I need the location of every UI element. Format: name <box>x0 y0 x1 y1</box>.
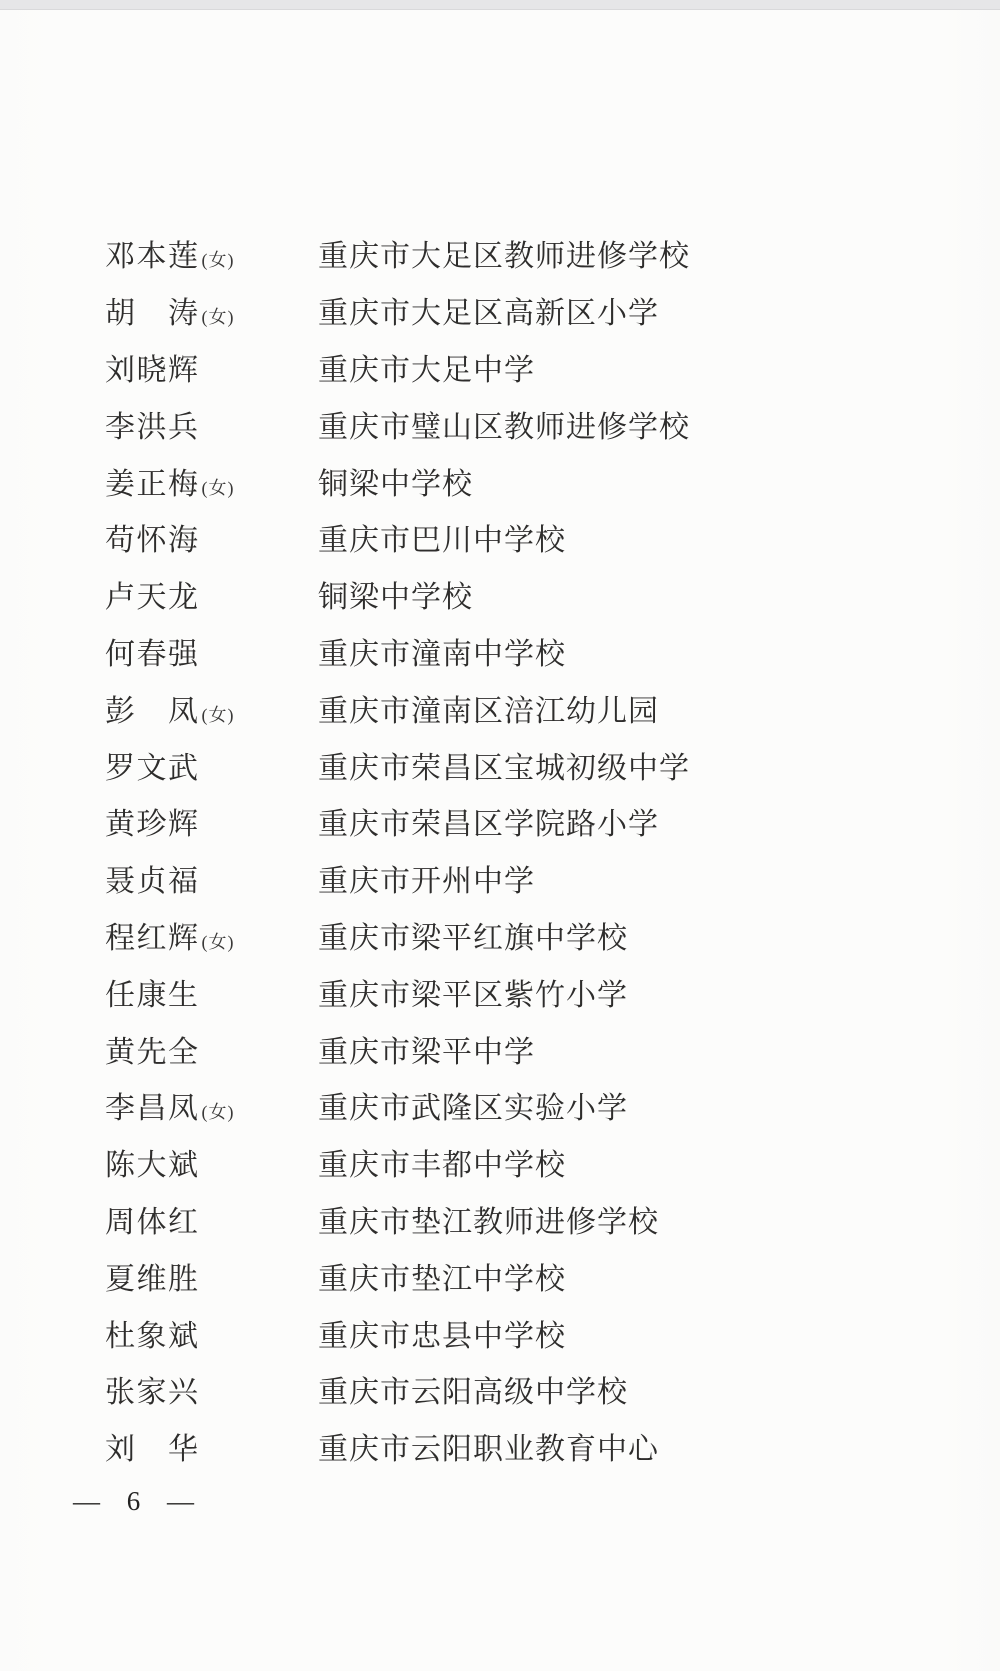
gender-suffix: (女) <box>202 1102 235 1122</box>
person-name: 陈大斌 <box>105 1140 318 1184</box>
gender-suffix: (女) <box>202 932 235 952</box>
page-number: — 6 — <box>73 1486 204 1517</box>
person-name: 杜象斌 <box>105 1311 318 1355</box>
list-item: 李洪兵 重庆市璧山区教师进修学校 <box>105 395 950 452</box>
gender-suffix: (女) <box>202 705 235 725</box>
school-name: 重庆市荣昌区宝城初级中学 <box>318 743 690 787</box>
school-name: 重庆市垫江中学校 <box>318 1254 566 1298</box>
school-name: 重庆市云阳职业教育中心 <box>318 1424 659 1468</box>
list-item: 陈大斌 重庆市丰都中学校 <box>105 1134 950 1191</box>
list-item: 夏维胜 重庆市垫江中学校 <box>105 1247 950 1304</box>
person-name: 张家兴 <box>105 1367 318 1411</box>
school-name: 重庆市荣昌区学院路小学 <box>318 799 659 843</box>
person-name: 何春强 <box>105 629 318 673</box>
list-item: 苟怀海 重庆市巴川中学校 <box>105 509 950 566</box>
person-name: 罗文武 <box>105 743 318 787</box>
school-name: 重庆市云阳高级中学校 <box>318 1367 628 1411</box>
list-item: 周体红 重庆市垫江教师进修学校 <box>105 1191 950 1248</box>
person-name: 李洪兵 <box>105 402 318 446</box>
school-name: 重庆市潼南区涪江幼儿园 <box>318 686 659 730</box>
top-gray-band <box>0 0 1000 10</box>
school-name: 重庆市梁平中学 <box>318 1027 535 1071</box>
list-item: 何春强 重庆市潼南中学校 <box>105 623 950 680</box>
list-item: 聂贞福 重庆市开州中学 <box>105 850 950 907</box>
person-name: 刘 华 <box>105 1424 318 1468</box>
school-name: 铜梁中学校 <box>318 459 473 503</box>
school-name: 重庆市武隆区实验小学 <box>318 1083 628 1127</box>
list-item: 张家兴 重庆市云阳高级中学校 <box>105 1361 950 1418</box>
school-name: 重庆市大足区高新区小学 <box>318 288 659 332</box>
person-name: 周体红 <box>105 1197 318 1241</box>
list-item: 李昌凤(女) 重庆市武隆区实验小学 <box>105 1077 950 1134</box>
person-name: 黄先全 <box>105 1027 318 1071</box>
school-name: 重庆市大足区教师进修学校 <box>318 231 690 275</box>
list-item: 邓本莲(女) 重庆市大足区教师进修学校 <box>105 225 950 282</box>
list-item: 罗文武 重庆市荣昌区宝城初级中学 <box>105 736 950 793</box>
list-item: 任康生 重庆市梁平区紫竹小学 <box>105 963 950 1020</box>
list-item: 彭 凤(女) 重庆市潼南区涪江幼儿园 <box>105 679 950 736</box>
school-name: 重庆市梁平区紫竹小学 <box>318 970 628 1014</box>
school-name: 重庆市大足中学 <box>318 345 535 389</box>
list-item: 杜象斌 重庆市忠县中学校 <box>105 1304 950 1361</box>
person-name: 任康生 <box>105 970 318 1014</box>
list-item: 刘 华 重庆市云阳职业教育中心 <box>105 1418 950 1475</box>
school-name: 铜梁中学校 <box>318 572 473 616</box>
school-name: 重庆市潼南中学校 <box>318 629 566 673</box>
school-name: 重庆市忠县中学校 <box>318 1311 566 1355</box>
school-name: 重庆市垫江教师进修学校 <box>318 1197 659 1241</box>
gender-suffix: (女) <box>202 307 235 327</box>
list-item: 黄珍辉 重庆市荣昌区学院路小学 <box>105 793 950 850</box>
person-name: 邓本莲(女) <box>105 231 318 275</box>
person-name: 苟怀海 <box>105 515 318 559</box>
list-item: 黄先全 重庆市梁平中学 <box>105 1020 950 1077</box>
person-name: 彭 凤(女) <box>105 686 318 730</box>
school-name: 重庆市璧山区教师进修学校 <box>318 402 690 446</box>
person-name: 程红辉(女) <box>105 913 318 957</box>
list-item: 程红辉(女) 重庆市梁平红旗中学校 <box>105 907 950 964</box>
person-name: 李昌凤(女) <box>105 1083 318 1127</box>
person-name: 姜正梅(女) <box>105 459 318 503</box>
person-name: 黄珍辉 <box>105 799 318 843</box>
list-item: 姜正梅(女) 铜梁中学校 <box>105 452 950 509</box>
school-name: 重庆市丰都中学校 <box>318 1140 566 1184</box>
list-item: 胡 涛(女) 重庆市大足区高新区小学 <box>105 282 950 339</box>
person-name: 刘晓辉 <box>105 345 318 389</box>
person-name: 聂贞福 <box>105 856 318 900</box>
school-name: 重庆市开州中学 <box>318 856 535 900</box>
list-item: 卢天龙 铜梁中学校 <box>105 566 950 623</box>
person-name: 胡 涛(女) <box>105 288 318 332</box>
gender-suffix: (女) <box>202 250 235 270</box>
school-name: 重庆市巴川中学校 <box>318 515 566 559</box>
school-name: 重庆市梁平红旗中学校 <box>318 913 628 957</box>
person-name: 夏维胜 <box>105 1254 318 1298</box>
gender-suffix: (女) <box>202 478 235 498</box>
recipient-list: 邓本莲(女) 重庆市大足区教师进修学校 胡 涛(女) 重庆市大足区高新区小学 刘… <box>105 225 950 1475</box>
person-name: 卢天龙 <box>105 572 318 616</box>
list-item: 刘晓辉 重庆市大足中学 <box>105 339 950 396</box>
